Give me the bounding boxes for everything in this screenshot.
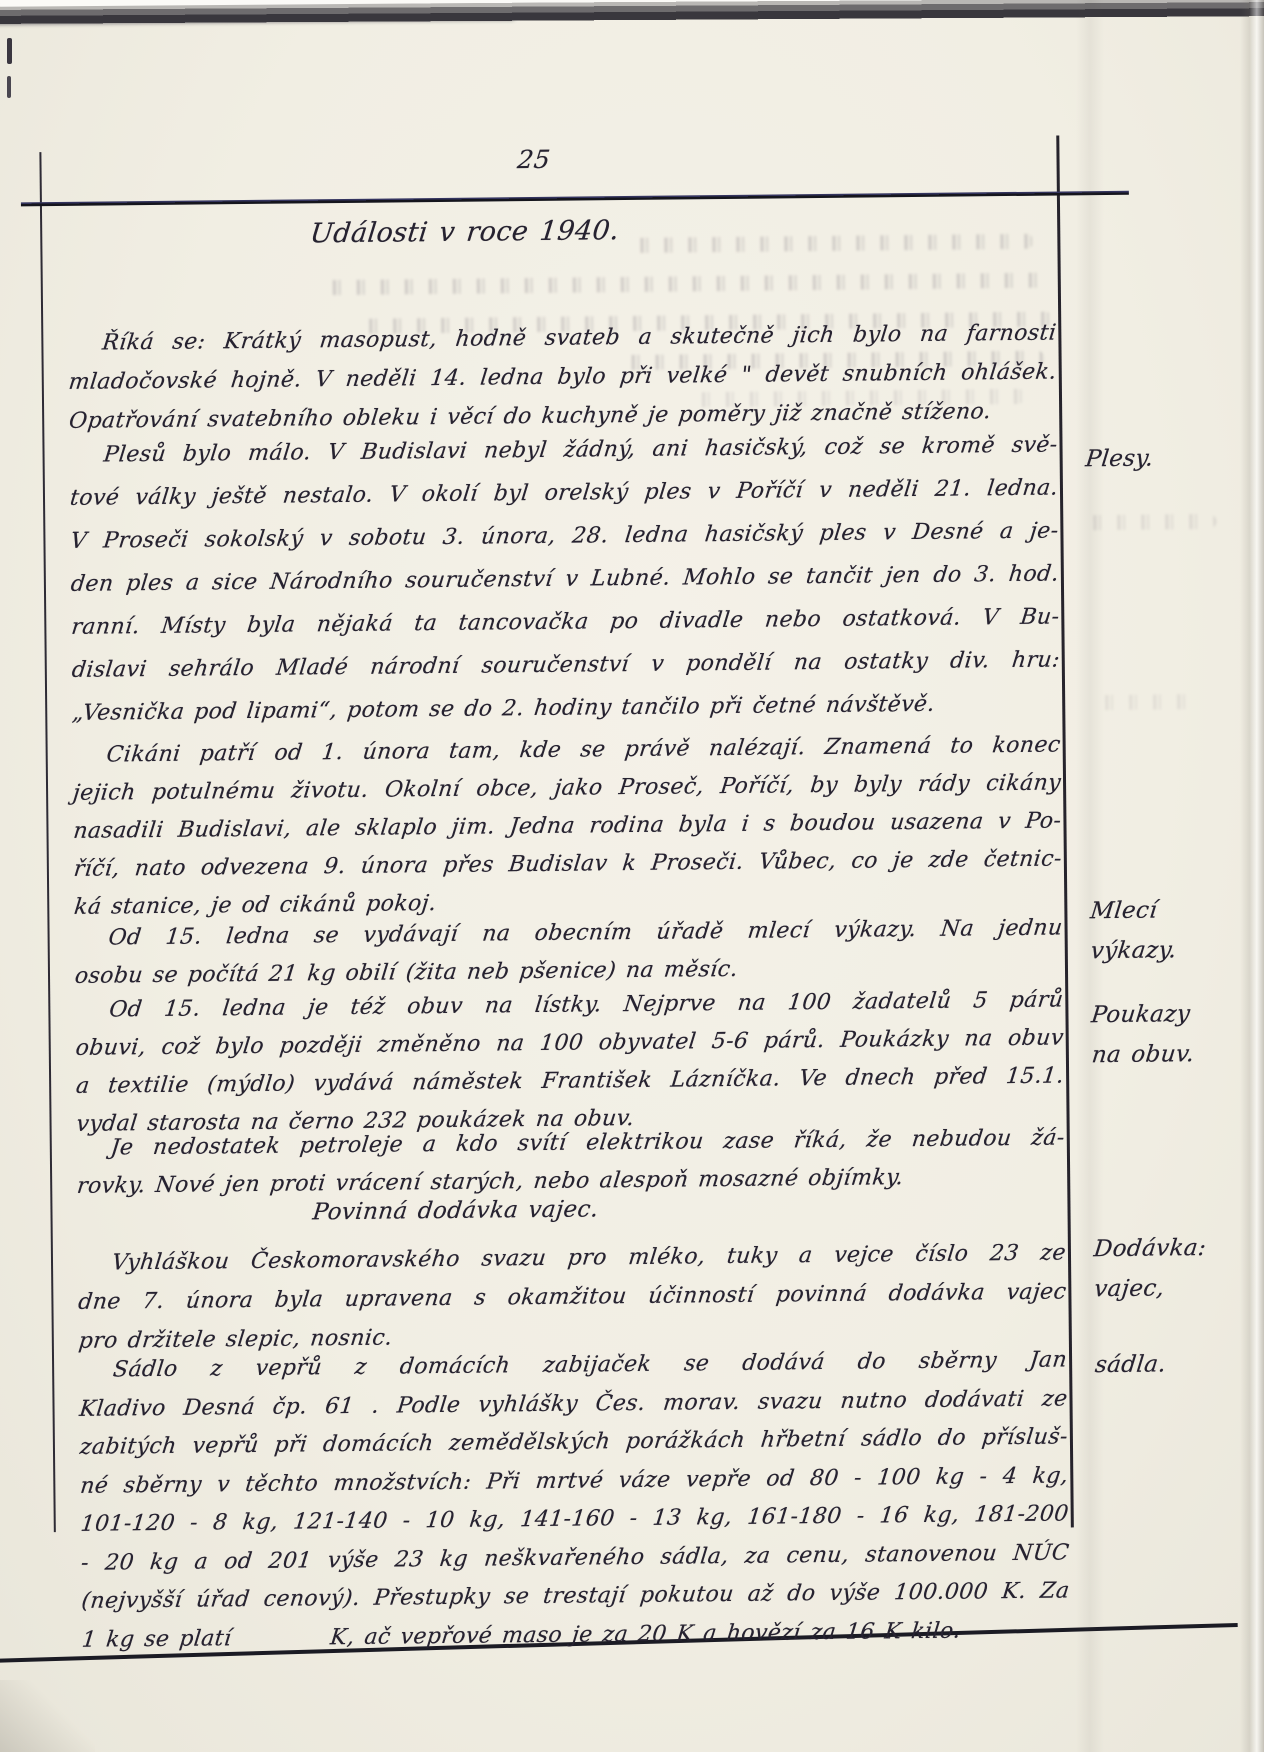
- handwritten-line: vajec,: [1092, 1267, 1264, 1309]
- scan-blemish: [7, 76, 11, 98]
- handwritten-line: sádla.: [1093, 1343, 1264, 1385]
- paragraph-petrolej: Je nedostatek petroleje a kdo svítí elek…: [75, 1120, 1064, 1206]
- paragraph-cikani: Cikáni patří od 1. února tam, kde se prá…: [71, 727, 1061, 927]
- paragraph-plesy: Plesů bylo málo. V Budislavi nebyl žádný…: [67, 424, 1058, 735]
- scan-blemish: [7, 38, 12, 64]
- chronicle-scan-page: 25 Události v roce 1940. Říká se: Krátký…: [0, 0, 1264, 1752]
- margin-note-dodavka-sadla: sádla.: [1093, 1343, 1263, 1385]
- margin-note-plesy: Plesy.: [1083, 437, 1253, 479]
- margin-note-poukazy-obuv: Poukazyna obuv.: [1089, 993, 1260, 1075]
- bleedthrough-smudge: [1086, 514, 1216, 530]
- paragraph-poukazy-na-obuv: Od 15. ledna je též obuv na lístky. Nejp…: [73, 982, 1063, 1144]
- paragraph-dodavka-vajec: Vyhláškou Českomoravského svazu pro mlék…: [76, 1233, 1065, 1360]
- paragraph-svatby: Říká se: Krátký masopust, hodně svateb a…: [66, 314, 1055, 441]
- paragraph-dodavka-sadla: Sádlo z vepřů z domácích zabijaček se do…: [77, 1341, 1068, 1659]
- handwritten-line: „Vesnička pod lipami“, potom se do 2. ho…: [70, 681, 1063, 734]
- paper-sheet: 25 Události v roce 1940. Říká se: Krátký…: [0, 0, 1264, 1752]
- page-number-text: 25: [472, 144, 595, 174]
- corner-shadow: [0, 1680, 95, 1752]
- page-crease-shadow: [1076, 0, 1104, 1752]
- top-header-rule: [21, 191, 1129, 207]
- handwritten-line: Mlecí: [1088, 889, 1262, 931]
- section-subtitle: Povinná dodávka vajec.: [311, 1196, 597, 1225]
- left-margin-rule: [39, 152, 55, 1532]
- handwritten-line: výkazy.: [1089, 929, 1263, 971]
- section-subtitle-text: Povinná dodávka vajec.: [311, 1196, 600, 1225]
- page-edge-shadow: [1240, 0, 1264, 1752]
- handwritten-line: Plesy.: [1083, 437, 1257, 479]
- page-number: 25: [472, 144, 592, 174]
- margin-note-dodavka-vajec: Dodávka:vajec,: [1092, 1227, 1263, 1309]
- margin-note-mleci-vykazy: Mlecívýkazy.: [1088, 889, 1259, 971]
- bleedthrough-smudge: [1098, 694, 1198, 710]
- handwritten-line: na obuv.: [1090, 1033, 1264, 1075]
- bleedthrough-smudge: [326, 273, 1046, 296]
- handwritten-line: Dodávka:: [1092, 1227, 1264, 1269]
- handwritten-line: Poukazy: [1089, 993, 1263, 1035]
